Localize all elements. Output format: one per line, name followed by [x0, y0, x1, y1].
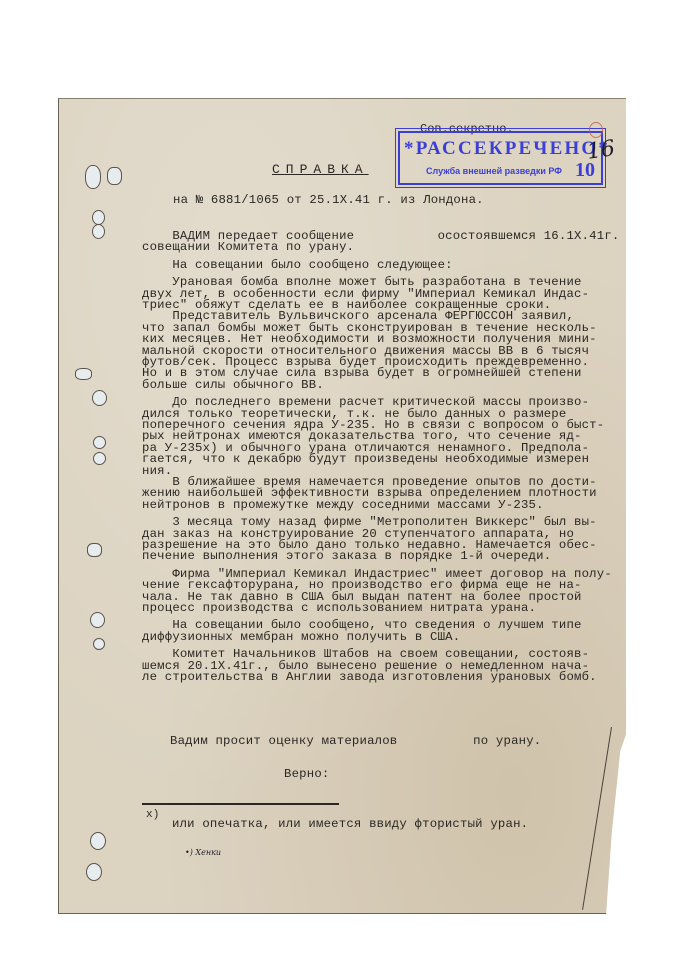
red-ink-mark [589, 122, 603, 138]
body-line: гается, что к декабрю будут произведены … [142, 452, 589, 466]
declassified-stamp: *РАССЕКРЕЧЕНО* Служба внешней разведки Р… [398, 131, 603, 185]
body-line: больше силы обычного ВВ. [142, 378, 324, 392]
punch-hole [90, 832, 106, 850]
document-title: СПРАВКА [272, 162, 369, 177]
body-line: совещании Комитета по урану. [142, 240, 354, 254]
stamp-agency-text: Служба внешней разведки РФ [426, 166, 562, 176]
punch-hole [107, 167, 122, 185]
signature-divider [142, 803, 339, 805]
certified-label: Верно: [284, 767, 329, 781]
punch-hole [85, 165, 101, 189]
punch-hole [93, 436, 106, 449]
punch-hole [92, 390, 107, 406]
punch-hole [92, 210, 105, 225]
body-line: печение выполнения этого заказа в порядк… [142, 549, 551, 563]
footnote-text: или опечатка, или имеется ввиду фтористы… [172, 817, 528, 831]
body-line: нейтронов в промежутке между соседними м… [142, 498, 544, 512]
body-line: процесс производства с использованием ни… [142, 601, 536, 615]
closing-request: Вадим просит оценку материалов по урану. [170, 734, 541, 748]
handwritten-page-number: 16 [585, 136, 616, 165]
punch-hole [75, 368, 92, 380]
punch-hole [93, 452, 106, 465]
punch-hole [92, 224, 105, 239]
punch-hole [90, 612, 105, 628]
body-line: ле строительства в Англии завода изготов… [142, 670, 597, 684]
stamp-main-text: *РАССЕКРЕЧЕНО* [404, 138, 610, 160]
punch-hole [93, 638, 105, 650]
reference-line: на № 6881/1065 от 25.1Х.41 г. из Лондона… [173, 193, 484, 207]
punch-hole [86, 863, 102, 881]
handwritten-initials: •) Хенки [185, 848, 221, 857]
body-line: диффузионных мембран можно получить в СШ… [142, 630, 460, 644]
footnote-marker: х) [146, 809, 160, 821]
body-line: На совещании было сообщено следующее: [142, 258, 453, 272]
punch-hole [87, 543, 102, 557]
